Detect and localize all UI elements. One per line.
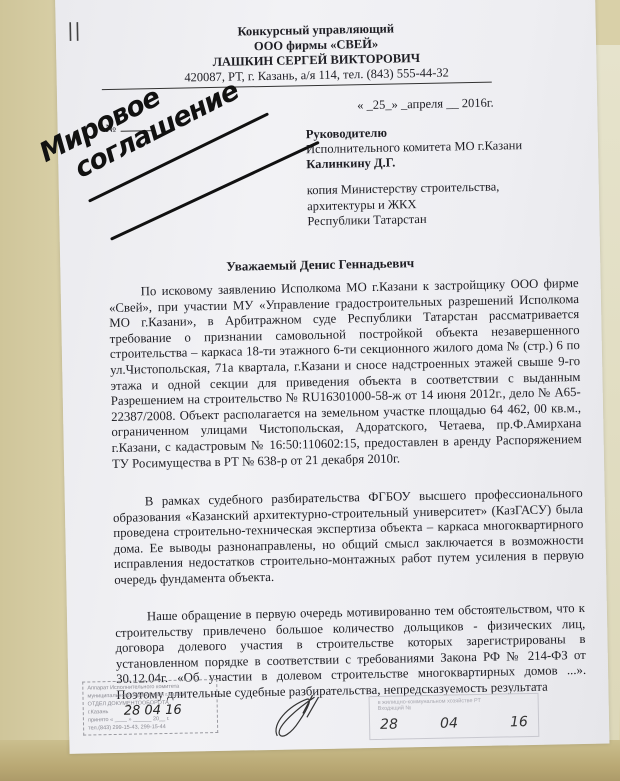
signature-icon bbox=[268, 693, 339, 744]
letter-date: « _25_» _апреля __ 2016г. bbox=[357, 96, 494, 114]
paragraph-2: В рамках судебного разбирательства ФГБОУ… bbox=[113, 486, 585, 589]
stamp-year: 16 bbox=[510, 714, 528, 730]
registration-stamp: Аппарат Исполнительного комитета муницип… bbox=[82, 679, 218, 736]
copy-to-block: копия Министерству строительства, архите… bbox=[307, 180, 500, 230]
addressee-block: Руководителю Исполнительного комитета МО… bbox=[306, 123, 523, 172]
copy-to-line: Республики Татарстан bbox=[307, 211, 500, 230]
margin-mark: || bbox=[67, 19, 82, 42]
stamp-day: 28 bbox=[380, 717, 398, 733]
addressee-name: Калинкину Д.Г. bbox=[306, 153, 522, 172]
paragraph-1: По исковому заявлению Исполкома МО г.Каз… bbox=[109, 276, 583, 472]
salutation: Уважаемый Денис Геннадьевич bbox=[60, 252, 580, 278]
ministry-stamp: в жилищно-коммунальном хозяйстве РТ Вход… bbox=[369, 693, 540, 740]
stamp-handwritten-date: 28 04 16 bbox=[124, 707, 182, 716]
stamp-month: 04 bbox=[440, 715, 458, 731]
